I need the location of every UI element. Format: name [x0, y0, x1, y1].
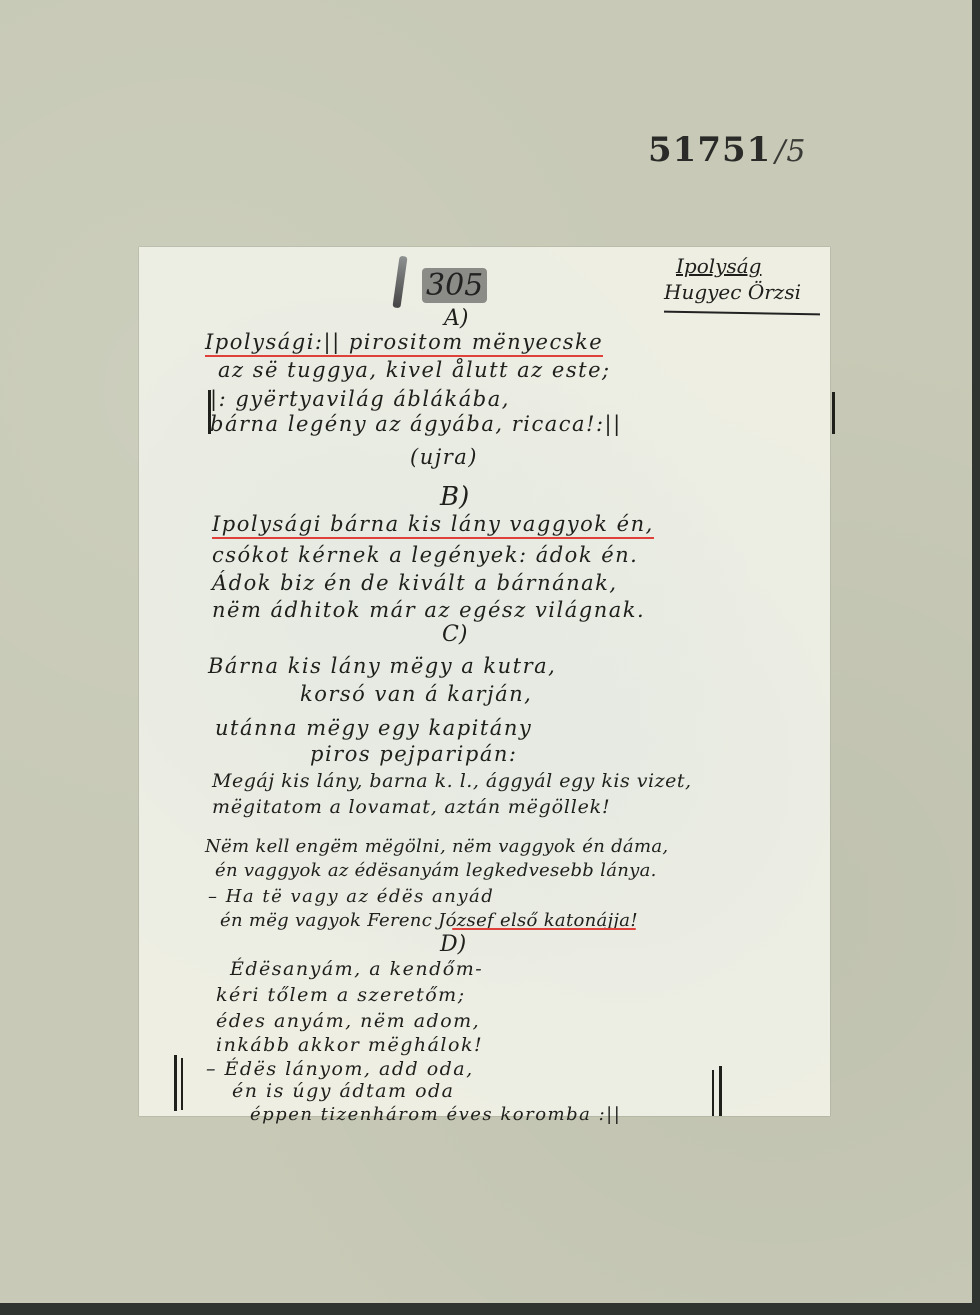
verse-line: |: gyërtyavilág áblákába, [210, 387, 510, 411]
verse-line: bárna legény az ágyába, ricaca!:|| [210, 412, 622, 436]
verse-line: Ipolysági:|| pirositom mënyecske [205, 330, 603, 354]
repeat-sign-start [181, 1058, 183, 1110]
repeat-sign-end [712, 1070, 714, 1116]
verse-line: Bárna kis lány mëgy a kutra, [208, 654, 556, 678]
verse-line: Ipolysági bárna kis lány vaggyok én, [212, 512, 654, 536]
verse-line: utánna mëgy egy kapitány [215, 716, 532, 740]
repeat-sign-end [719, 1066, 722, 1116]
verse-line: – Ha të vagy az édës anyád [208, 886, 494, 907]
section-label-a: A) [444, 306, 468, 331]
catalog-number: 51751/5 [648, 130, 807, 170]
informant-name: Hugyec Örzsi [664, 280, 801, 304]
place-heading: Ipolyság [676, 254, 761, 278]
verse-line: – Édës lányom, add oda, [206, 1058, 474, 1080]
verse-line: Édësanyám, a kendőm- [230, 958, 483, 980]
verse-line: Nëm kell engëm mëgölni, nëm vaggyok én d… [205, 836, 668, 857]
catalog-number-value: 51751 [648, 130, 771, 170]
verse-line: nëm ádhitok már az egész világnak. [212, 598, 645, 622]
section-label-d: D) [440, 932, 466, 957]
repeat-sign-start [208, 390, 211, 434]
repeat-sign-end [832, 392, 835, 434]
catalog-number-suffix: /5 [775, 134, 806, 169]
verse-line: mëgitatom a lovamat, aztán mëgöllek! [212, 796, 610, 818]
verse-line: éppen tizenhárom éves koromba :|| [250, 1104, 621, 1125]
verse-line: piros pejparipán: [310, 742, 517, 766]
repeat-sign-start [174, 1055, 177, 1111]
verse-line: csókot kérnek a legények: ádok én. [212, 543, 638, 567]
section-label-b: B) [440, 482, 469, 512]
verse-line: Ádok biz én de kivált a bárnának, [212, 571, 618, 595]
verse-line: én vaggyok az édësanyám legkedvesebb lán… [215, 860, 657, 881]
verse-line: korsó van á karján, [300, 682, 532, 706]
verse-line: édes anyám, nëm adom, [216, 1010, 480, 1032]
verse-line: az së tuggya, kivel ålutt az este; [218, 358, 611, 382]
verse-line: inkább akkor mëghálok! [216, 1034, 483, 1056]
red-underline-mark [452, 928, 636, 930]
section-label-c: C) [442, 622, 467, 647]
verse-note: (ujra) [410, 445, 478, 469]
verse-line: Megáj kis lány, barna k. l., ággyál egy … [212, 770, 692, 792]
page-number: 305 [422, 268, 487, 303]
verse-line: én is úgy ádtam oda [232, 1080, 455, 1102]
verse-line: kéri tőlem a szeretőm; [216, 984, 466, 1006]
